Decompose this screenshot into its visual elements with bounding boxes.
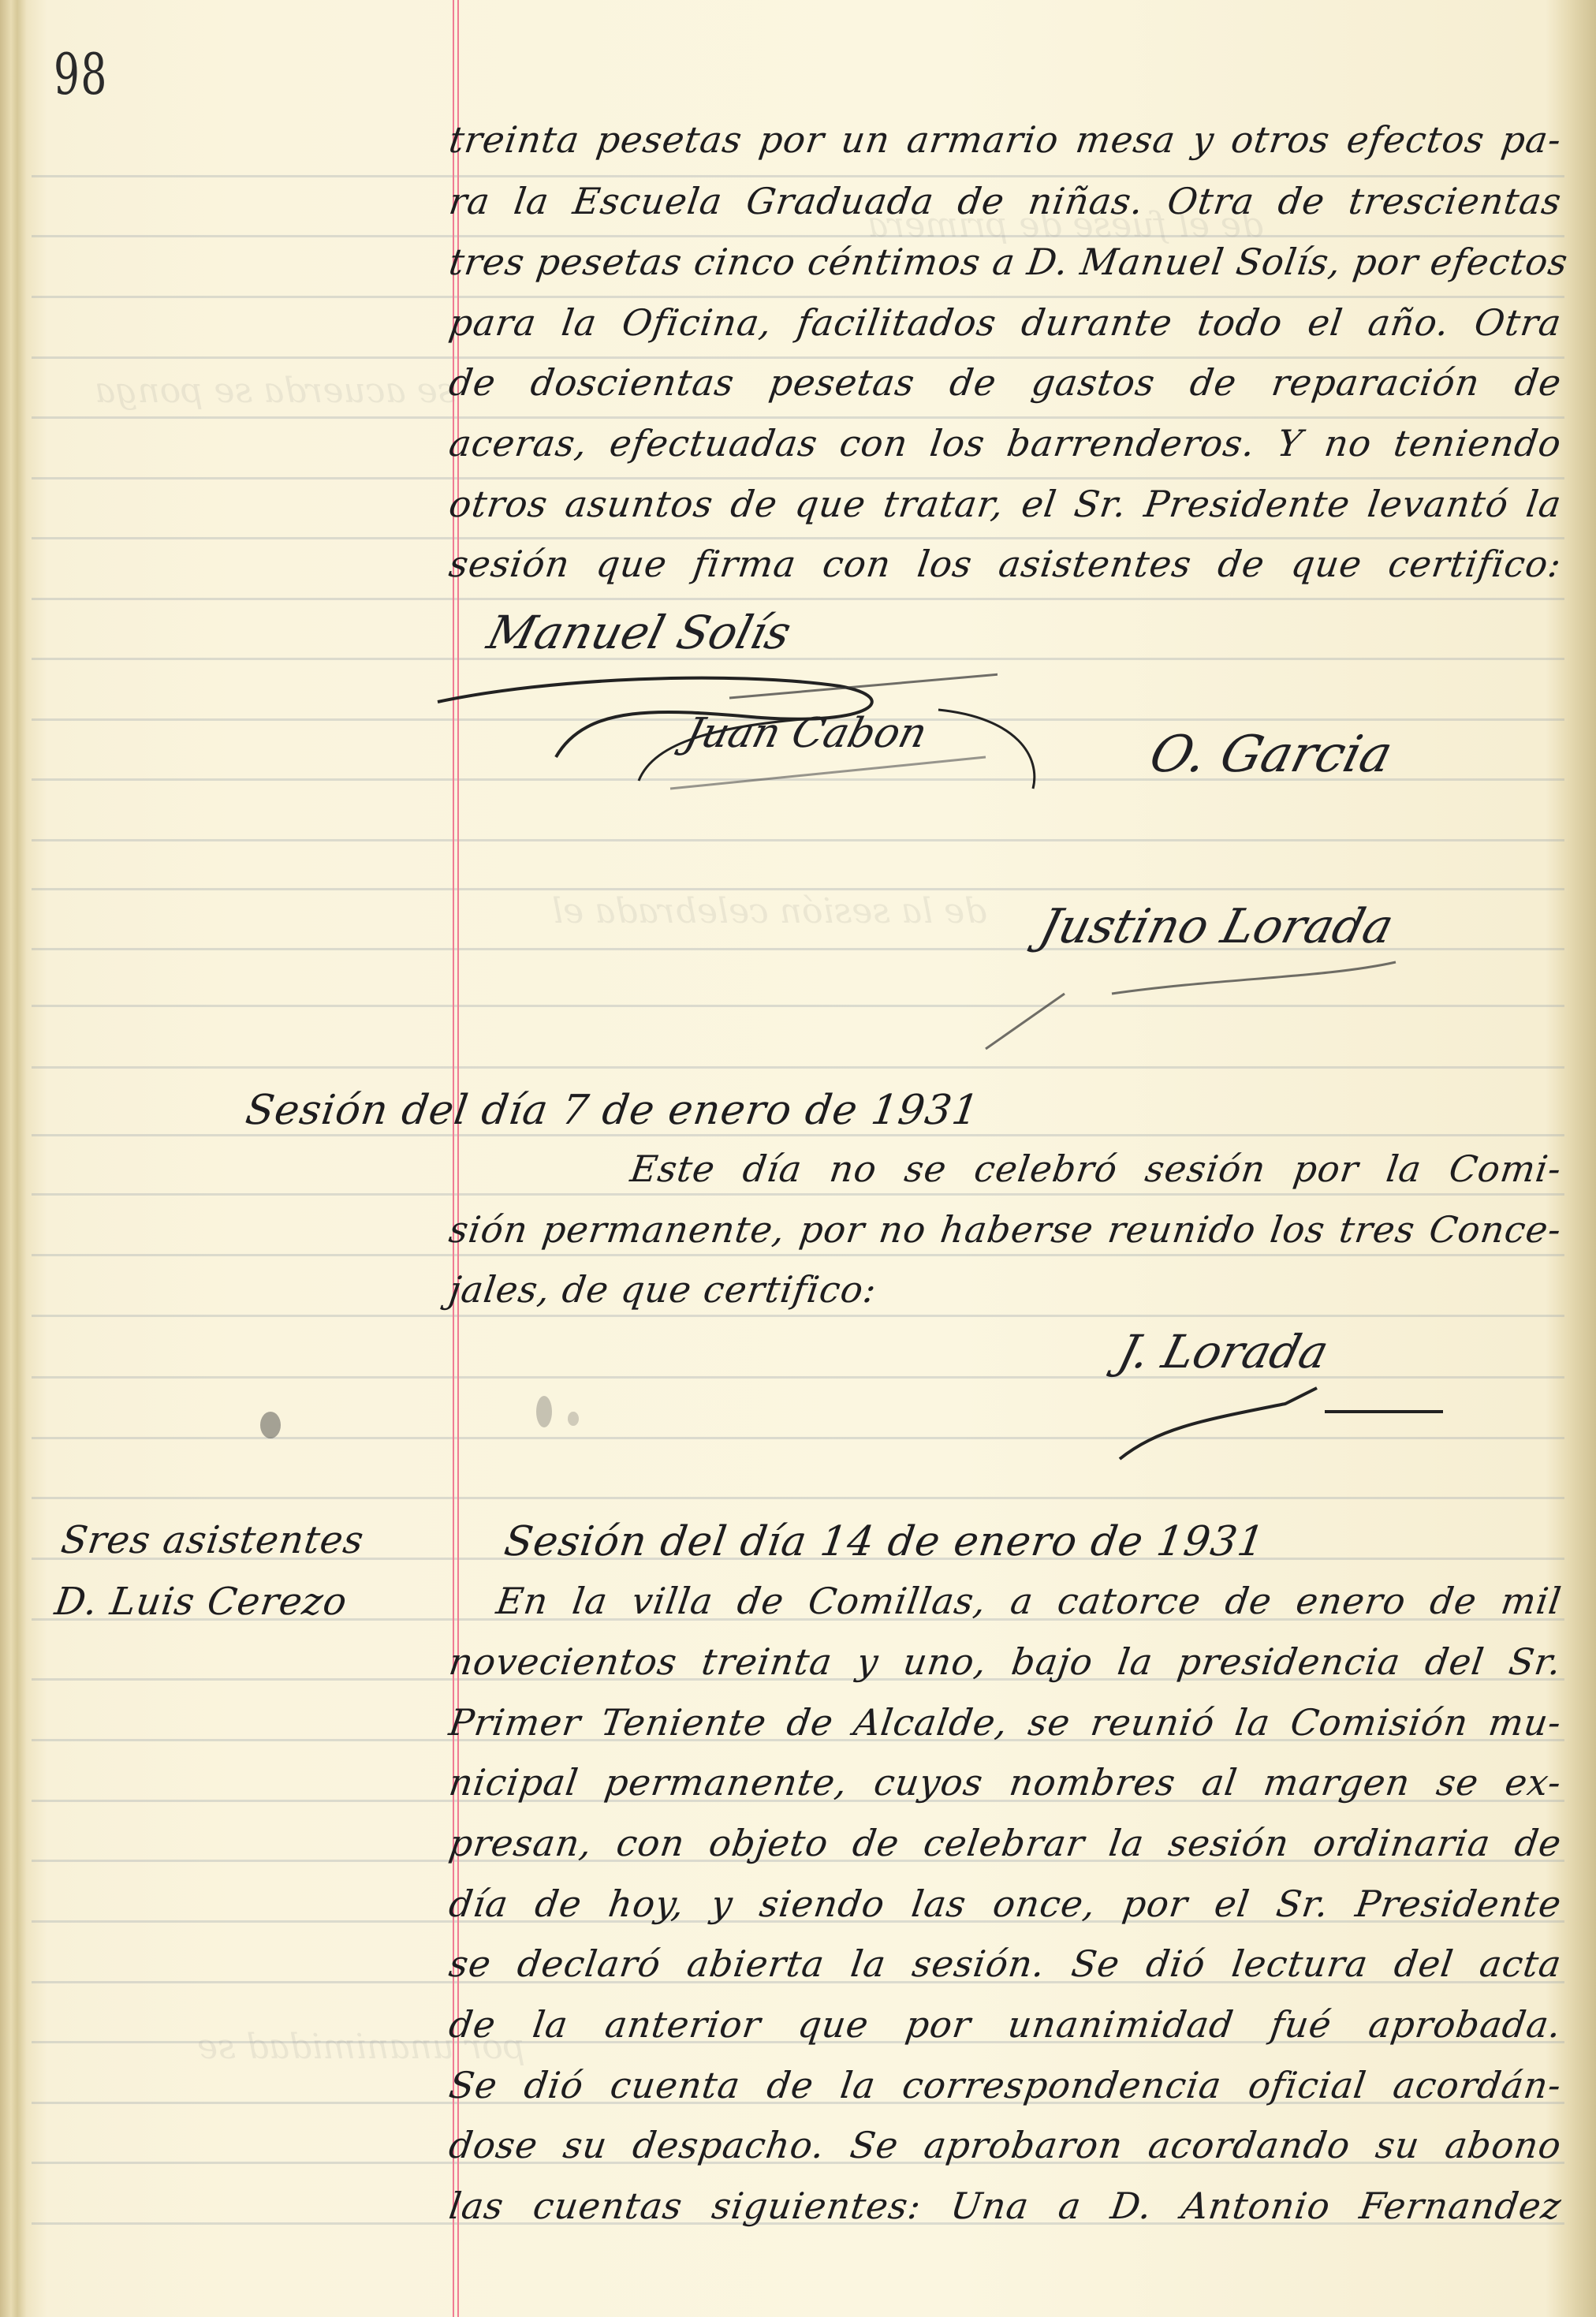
- rule-line: [32, 175, 1564, 177]
- text-line: sión permanente, por no haberse reunido …: [446, 1208, 1564, 1251]
- rule-line: [32, 537, 1564, 539]
- text-line: En la villa de Comillas, a catorce de en…: [494, 1580, 1564, 1622]
- text-line: sesión que firma con los asistentes de q…: [446, 543, 1564, 585]
- text-line: presan, con objeto de celebrar la sesión…: [446, 1822, 1564, 1864]
- page-number: 98: [54, 41, 108, 107]
- text-line: Este día no se celebró sesión por la Com…: [628, 1147, 1564, 1190]
- signature: Juan Cabon: [681, 710, 932, 757]
- rule-line: [32, 1066, 1564, 1069]
- session-heading: Sesión del día 7 de enero de 1931: [243, 1087, 983, 1134]
- rule-line: [32, 416, 1564, 419]
- text-line: ra la Escuela Graduada de niñas. Otra de…: [446, 180, 1564, 222]
- text-line: día de hoy, y siendo las once, por el Sr…: [446, 1882, 1564, 1925]
- signature: Manuel Solís: [483, 606, 796, 659]
- ink-blot: [260, 1412, 281, 1438]
- rule-line: [32, 1193, 1564, 1196]
- rule-line: [32, 1376, 1564, 1379]
- rule-line: [32, 1254, 1564, 1256]
- rule-line: [32, 1005, 1564, 1007]
- signature: J. Lorada: [1113, 1325, 1334, 1379]
- text-line: otros asuntos de que tratar, el Sr. Pres…: [446, 483, 1564, 525]
- text-line: las cuentas siguientes: Una a D. Antonio…: [446, 2185, 1564, 2227]
- rule-line: [32, 235, 1564, 237]
- signature-flourish: [1112, 1372, 1490, 1467]
- bleed-text: de la sesión celebrada el: [552, 891, 986, 931]
- attendees-title: Sres asistentes: [58, 1518, 367, 1562]
- rule-line: [32, 888, 1564, 890]
- text-line: treinta pesetas por un armario mesa y ot…: [446, 118, 1564, 161]
- rule-line: [32, 598, 1564, 600]
- text-line: de doscientas pesetas de gastos de repar…: [446, 361, 1564, 404]
- ink-blot: [568, 1412, 579, 1426]
- rule-line: [32, 658, 1564, 660]
- text-line: nicipal permanente, cuyos nombres al mar…: [446, 1761, 1564, 1804]
- attendee-name: D. Luis Cerezo: [52, 1580, 350, 1624]
- bleed-text: se acuerda se ponga: [95, 371, 455, 411]
- rule-line: [32, 356, 1564, 359]
- rule-line: [32, 477, 1564, 479]
- text-line: para la Oficina, facilitados durante tod…: [446, 301, 1564, 344]
- signature: O. Garcia: [1144, 726, 1398, 784]
- text-line: aceras, efectuadas con los barrenderos. …: [446, 422, 1564, 465]
- session-heading: Sesión del día 14 de enero de 1931: [502, 1518, 1268, 1565]
- signature-flourish: [970, 946, 1459, 1057]
- rule-line: [32, 1497, 1564, 1499]
- rule-line: [32, 1134, 1564, 1136]
- text-line: jales, de que certifico:: [446, 1268, 879, 1311]
- text-line: de la anterior que por unanimidad fué ap…: [446, 2003, 1564, 2046]
- text-line: Se dió cuenta de la correspondencia ofic…: [446, 2064, 1564, 2106]
- text-line: Primer Teniente de Alcalde, se reunió la…: [446, 1701, 1564, 1744]
- rule-line: [32, 1315, 1564, 1317]
- text-line: dose su despacho. Se aprobaron acordando…: [446, 2124, 1564, 2166]
- rule-line: [32, 1437, 1564, 1439]
- ink-blot: [536, 1396, 552, 1427]
- signature: Justino Lorada: [1034, 899, 1399, 954]
- rule-line: [32, 839, 1564, 841]
- text-line: se declaró abierta la sesión. Se dió lec…: [446, 1942, 1564, 1985]
- text-line: novecientos treinta y uno, bajo la presi…: [446, 1640, 1564, 1683]
- text-line: tres pesetas cinco céntimos a D. Manuel …: [446, 241, 1564, 283]
- ledger-page: de el fuese de primera se acuerda se pon…: [0, 0, 1596, 2317]
- rule-line: [32, 296, 1564, 298]
